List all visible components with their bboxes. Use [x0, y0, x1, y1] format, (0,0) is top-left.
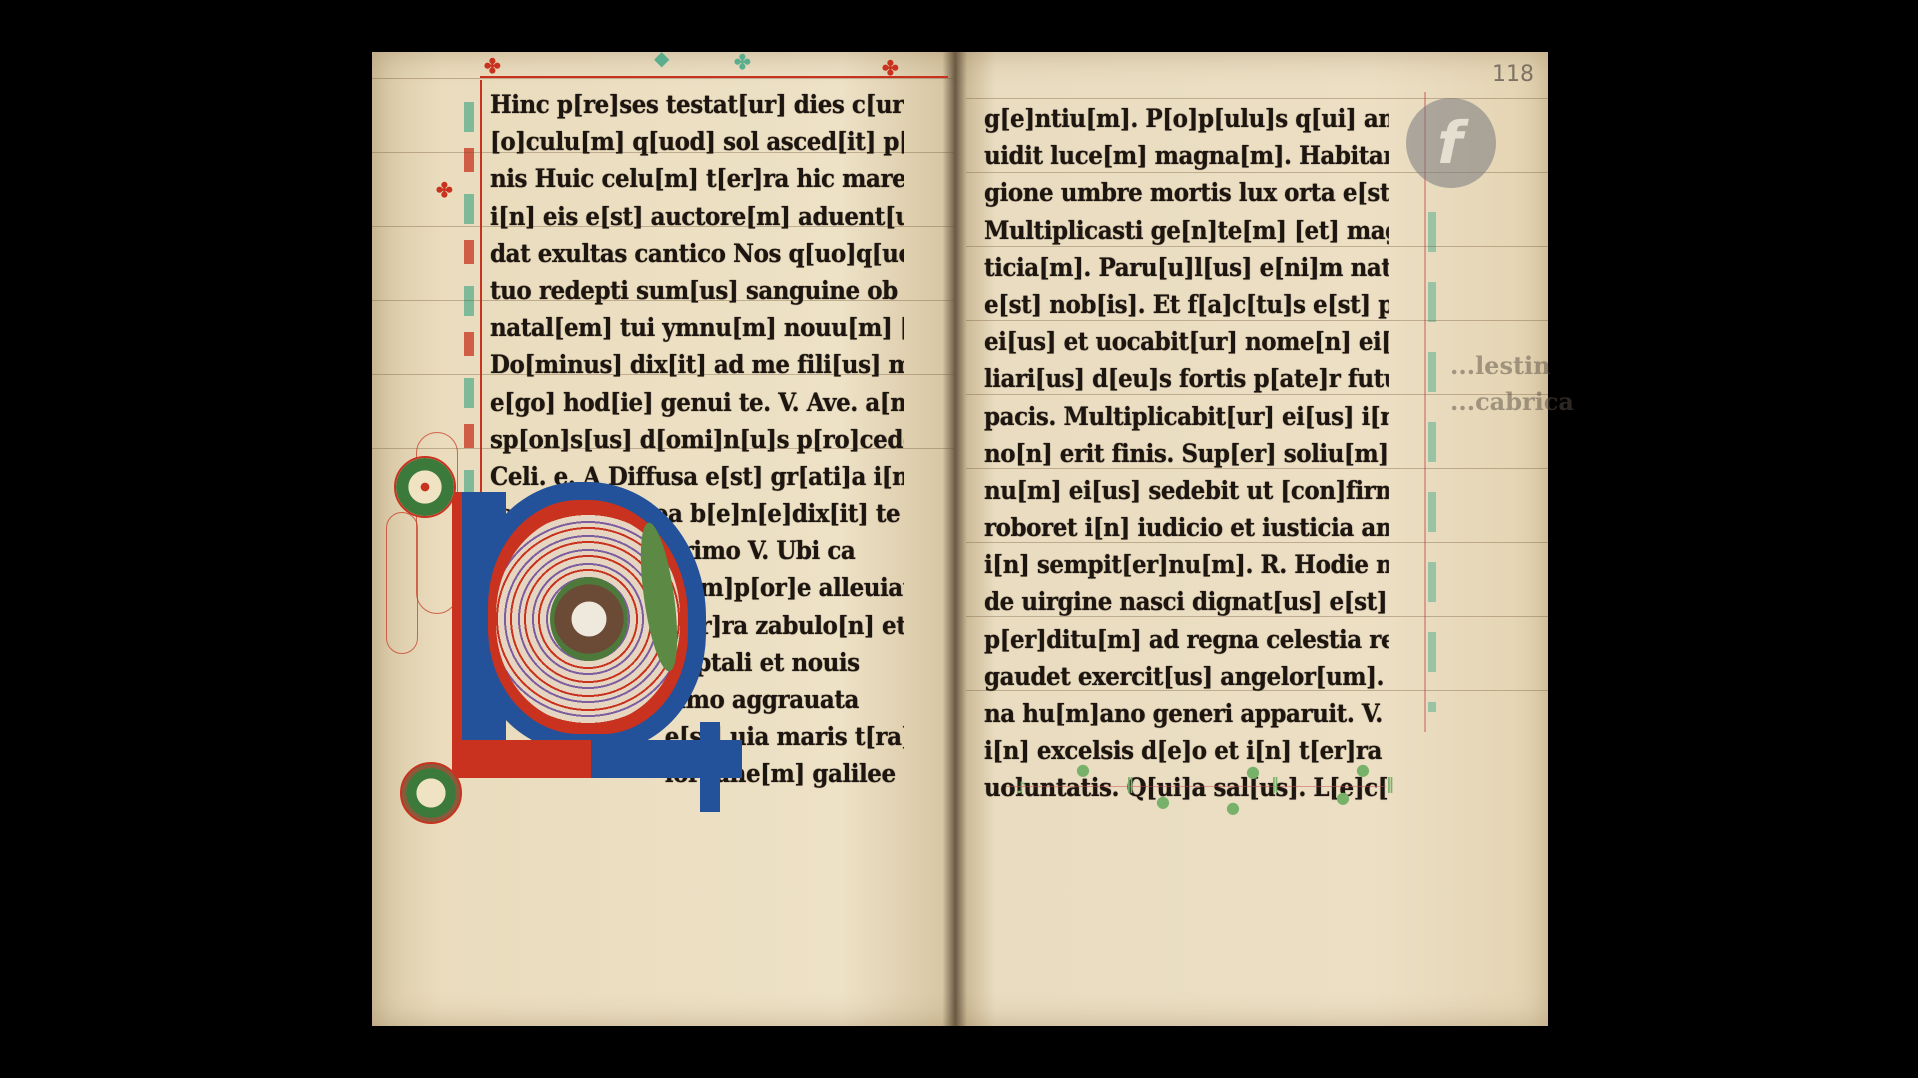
neume-icon: ‖: [1271, 774, 1279, 793]
historiated-initial-d: [400, 462, 740, 807]
initial-base-bar: [452, 740, 742, 778]
text-line: ei[us] et uocabit[ur] nome[n] ei[us] adm…: [984, 323, 1389, 360]
ruling-line: [372, 78, 954, 79]
text-line: e[go] hod[ie] genui te. V. Ave. a[ntipho…: [490, 384, 904, 421]
offset-ink-margin-text: ...lestin ...cabrica: [1450, 348, 1574, 420]
text-line: nis Huic celu[m] t[er]ra hic mare hic o[…: [490, 160, 904, 197]
text-line: ticia[m]. Paru[u]l[us] e[ni]m nat[us] e[…: [984, 249, 1389, 286]
folio-number: 118: [1492, 62, 1534, 87]
text-line: nu[m] ei[us] sedebit ut [con]firmet illu…: [984, 472, 1389, 509]
manuscript-photo: ✤ ◆ ✤ ✤ ✤ ✤ Hinc p[re]ses testat[ur] die…: [372, 52, 1548, 1026]
text-line: p[er]ditu[m] ad regna celestia reuocar[e…: [984, 621, 1389, 658]
right-text-block: g[e]ntiu[m]. P[o]p[ulu]s q[ui] ambulabat…: [984, 100, 1424, 807]
neume-icon: ‖: [1126, 774, 1134, 793]
text-line: i[n] sempit[er]nu[m]. R. Hodie nob[is] c…: [984, 546, 1389, 583]
red-flourish-ornament: ✤: [484, 56, 501, 76]
neume-icon: ●: [1156, 792, 1170, 811]
right-border-rubric-line: [1424, 92, 1426, 732]
text-line: gaudet exercit[us] angelor[um]. Q[ui]a s…: [984, 658, 1389, 695]
marginal-penwork-decoration: [1428, 212, 1436, 712]
text-line: dat exultas cantico Nos q[uo]q[ue] q[ui]…: [490, 235, 904, 272]
music-neumes: ♪ ● ‖ ● ● ● ‖ ● ● ‖: [1006, 758, 1406, 818]
neume-icon: ‖: [1386, 774, 1394, 793]
red-flourish-ornament: ✤: [436, 180, 453, 200]
watermark-f-icon: f: [1432, 114, 1470, 172]
text-line: liari[us] d[eu]s fortis p[ate]r futuri s…: [984, 360, 1389, 397]
green-flourish-ornament: ✤: [734, 52, 751, 72]
left-page: ✤ ◆ ✤ ✤ ✤ ✤ Hinc p[re]ses testat[ur] die…: [372, 52, 954, 1026]
text-line: tuo redepti sum[us] sanguine ob die[m]: [490, 272, 904, 309]
neume-icon: ●: [1226, 798, 1240, 817]
watermark-logo: f: [1406, 98, 1496, 188]
neume-icon: ♪: [1016, 778, 1026, 797]
text-line: i[n] eis e[st] auctore[m] aduent[us] tui…: [490, 198, 904, 235]
rosette-medallion-icon: [394, 456, 456, 518]
text-line: gione umbre mortis lux orta e[st] eis.: [984, 174, 1389, 211]
text-line: e[st] nob[is]. Et f[a]c[tu]s e[st] p[ri]…: [984, 286, 1389, 323]
text-line: [o]culu[m] q[uod] sol asced[it] p[ro]x[i…: [490, 123, 904, 160]
text-line: roboret i[n] iudicio et iusticia am[odo]…: [984, 509, 1389, 546]
text-line: de uirgine nasci dignat[us] e[st] ut hom…: [984, 583, 1389, 620]
text-line: na hu[m]ano generi apparuit. V. Gl[ori]a: [984, 695, 1389, 732]
text-line: no[n] erit finis. Sup[er] soliu[m] d[aui…: [984, 435, 1389, 472]
red-flourish-ornament: ✤: [882, 58, 899, 78]
initial-center-roundel: [550, 577, 628, 661]
text-line: natal[em] tui ymnu[m] nouu[m] [con]cinim…: [490, 309, 904, 346]
right-page: 118 g[e]ntiu[m]. P[o]p[ulu]s q[ui] ambul…: [966, 52, 1548, 1026]
text-line: g[e]ntiu[m]. P[o]p[ulu]s q[ui] ambulabat…: [984, 100, 1389, 137]
text-line: pacis. Multiplicabit[ur] ei[us] i[m]p[er…: [984, 398, 1389, 435]
green-flourish-ornament: ◆: [654, 48, 669, 68]
text-line: sp[on]s[us] d[omi]n[u]s p[ro]cedes de th…: [490, 421, 904, 458]
neume-icon: ●: [1076, 760, 1090, 779]
neume-icon: ●: [1336, 788, 1350, 807]
neume-icon: ●: [1356, 760, 1370, 779]
neume-icon: ●: [1246, 762, 1260, 781]
text-line: Multiplicasti ge[n]te[m] [et] magnificas…: [984, 212, 1389, 249]
face-medallion-icon: [400, 762, 462, 824]
text-line: Hinc p[re]ses testat[ur] dies c[ur]sus p…: [490, 86, 904, 123]
text-line: Do[minus] dix[it] ad me fili[us] m[eu]s …: [490, 346, 904, 383]
initial-tail: [700, 722, 720, 812]
text-line: uidit luce[m] magna[m]. Habitantib[us] i…: [984, 137, 1389, 174]
